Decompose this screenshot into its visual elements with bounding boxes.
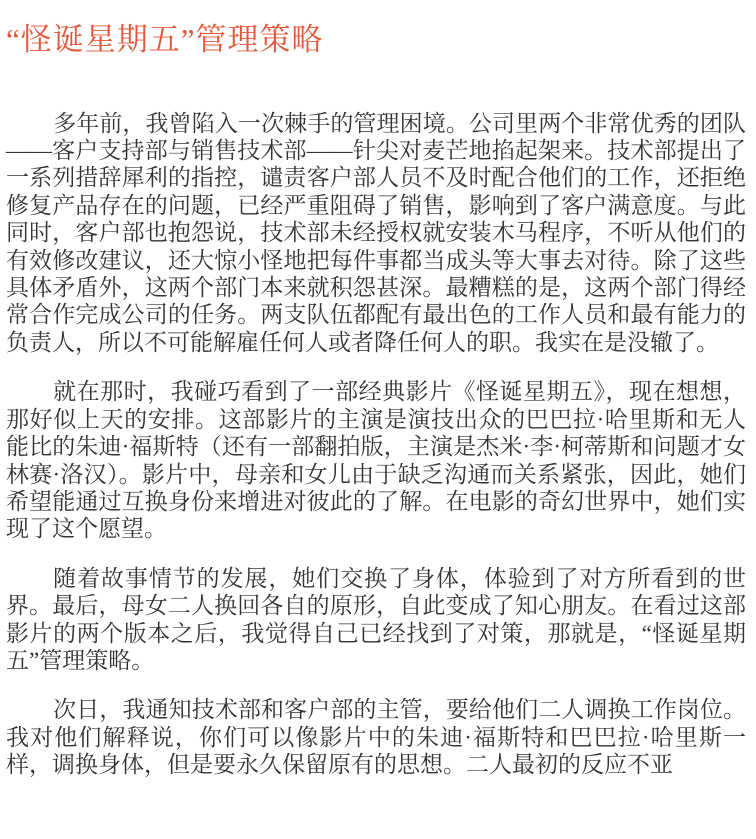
paragraph-freaky-friday-movie: 就在那时，我碰巧看到了一部经典影片《怪诞星期五》，现在想想，那好似上天的安排。这… xyxy=(6,378,746,542)
paragraph-body-swap-strategy: 随着故事情节的发展，她们交换了身体，体验到了对方所看到的世界。最后，母女二人换回… xyxy=(6,565,746,675)
paragraph-job-swap-announcement: 次日，我通知技术部和客户部的主管，要给他们二人调换工作岗位。我对他们解释说，你们… xyxy=(6,696,746,778)
page-title: “怪诞星期五”管理策略 xyxy=(6,22,746,58)
document-body: 多年前，我曾陷入一次棘手的管理困境。公司里两个非常优秀的团队——客户支持部与销售… xyxy=(6,110,746,779)
document-page: “怪诞星期五”管理策略 多年前，我曾陷入一次棘手的管理困境。公司里两个非常优秀的… xyxy=(0,0,756,839)
paragraph-management-dilemma: 多年前，我曾陷入一次棘手的管理困境。公司里两个非常优秀的团队——客户支持部与销售… xyxy=(6,110,746,357)
